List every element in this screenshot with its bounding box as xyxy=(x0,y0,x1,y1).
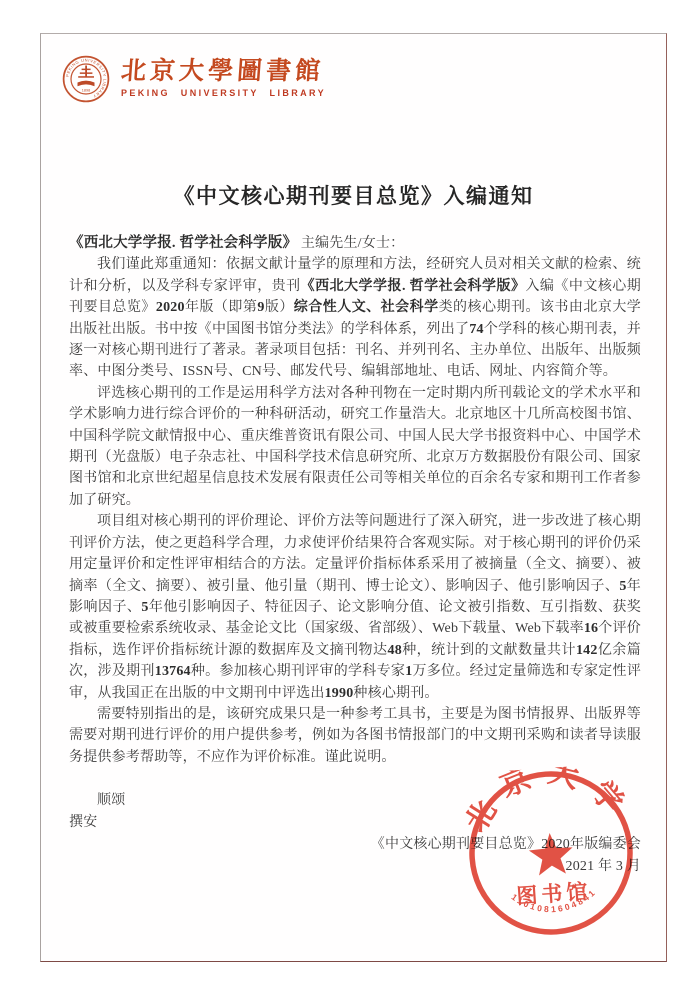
closing-zhuanan: 撰安 xyxy=(69,812,641,833)
closing-block: 顺颂 撰安 xyxy=(69,790,641,833)
paragraph-3: 项目组对核心期刊的评价理论、评价方法等问题进行了深入研究，进一步改进了核心期刊评… xyxy=(69,511,641,704)
seal-year: 1898 xyxy=(82,89,90,93)
library-name-block: 北京大學圖書館 PEKING UNIVERSITY LIBRARY xyxy=(121,55,326,98)
signature-date: 2021 年 3 月 xyxy=(69,856,641,879)
stamp-bottom-text: 图书馆 xyxy=(516,879,592,908)
stamp-number: 1101081604841 xyxy=(509,886,600,917)
letter-body: 《西北大学学报. 哲学社会科学版》 主编先生/女士： 我们谨此郑重通知：依据文献… xyxy=(69,233,641,879)
signature-block: 《中文核心期刊要目总览》2020年版编委会 2021 年 3 月 xyxy=(69,834,641,879)
svg-text:1101081604841: 1101081604841 xyxy=(509,886,600,917)
document-title: 《中文核心期刊要目总览》入编通知 xyxy=(41,180,666,210)
paragraph-1: 我们谨此郑重通知：依据文献计量学的原理和方法，经研究人员对相关文献的检索、统计和… xyxy=(69,254,641,382)
letter-page: PEKING UNIVERSITY LIBRARY 1898 北京大學圖書館 P… xyxy=(40,33,667,962)
paragraph-2: 评选核心期刊的工作是运用科学方法对各种刊物在一定时期内所刊载论文的学术水平和学术… xyxy=(69,383,641,511)
peking-university-seal-icon: PEKING UNIVERSITY LIBRARY 1898 xyxy=(62,55,110,103)
paragraph-4: 需要特别指出的是，该研究成果只是一种参考工具书，主要是为图书情报界、出版界等需要… xyxy=(69,704,641,768)
signature-committee: 《中文核心期刊要目总览》2020年版编委会 xyxy=(69,834,641,857)
seal-emblem-icon xyxy=(78,66,95,87)
library-name-english: PEKING UNIVERSITY LIBRARY xyxy=(121,88,326,98)
salutation: 《西北大学学报. 哲学社会科学版》 主编先生/女士： xyxy=(69,233,641,254)
screenshot-root: { "colors":{"brand_red":"#c4491f","heade… xyxy=(0,0,690,1008)
library-header: PEKING UNIVERSITY LIBRARY 1898 北京大學圖書館 P… xyxy=(62,55,326,103)
closing-shunsong: 顺颂 xyxy=(69,790,641,811)
library-name-chinese: 北京大學圖書館 xyxy=(120,58,327,85)
